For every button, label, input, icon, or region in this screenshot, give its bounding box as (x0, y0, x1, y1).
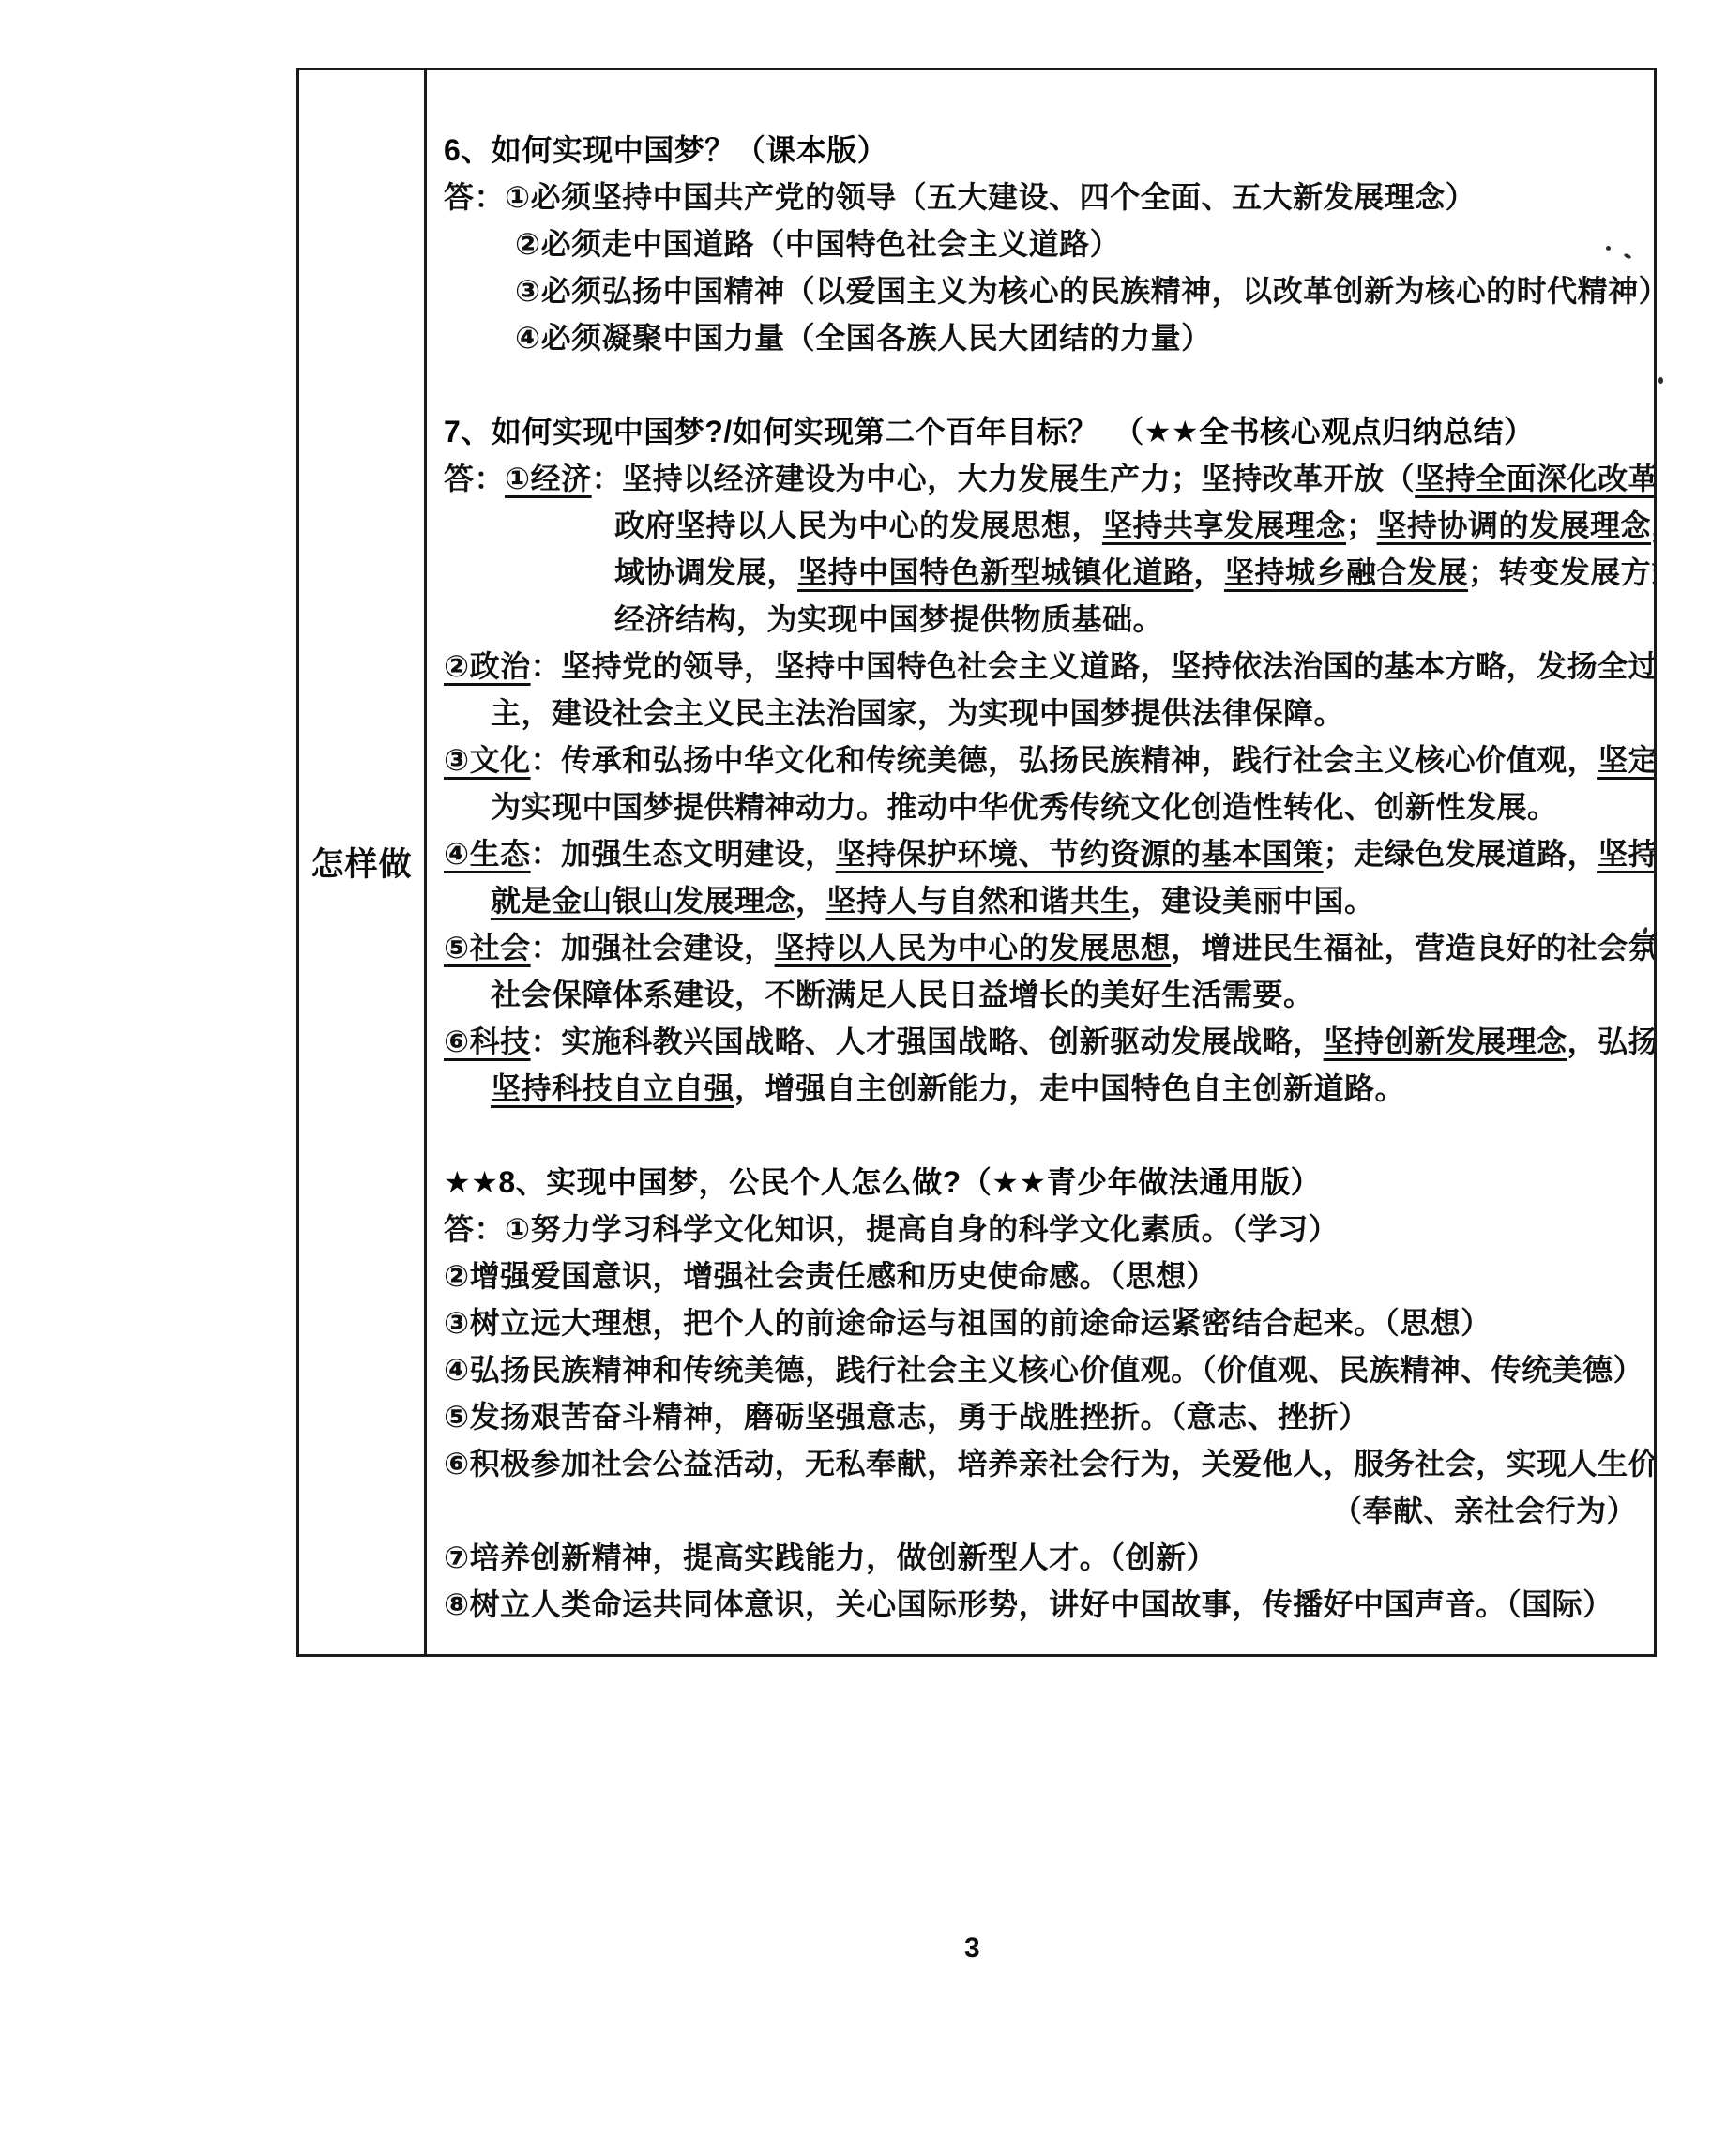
text-segment: 社会保障体系建设，不断满足人民日益增长的美好生活需要。 (491, 978, 1314, 1011)
text-line: 政府坚持以人民为中心的发展思想，坚持共享发展理念；坚持协调的发展理念，促进区 (444, 502, 1644, 549)
text-segment: ， (795, 884, 826, 918)
text-segment: ：实施科教兴国战略、人才强国战略、创新驱动发展战略， (531, 1025, 1324, 1058)
section-title: 6、如何实现中国梦？（课本版） (444, 127, 1644, 174)
text-line: ⑦培养创新精神，提高实践能力，做创新型人才。（创新） (444, 1534, 1644, 1581)
text-line: 坚持科技自立自强，增强自主创新能力，走中国特色自主创新道路。 (444, 1065, 1644, 1112)
text-segment: ；走绿色发展道路， (1324, 837, 1598, 871)
section-q7: 7、如何实现中国梦?/如何实现第二个百年目标？ （★★全书核心观点归纳总结）答：… (444, 408, 1644, 1112)
underlined-phrase: 坚持以人民为中心的发展思想 (775, 931, 1172, 964)
underlined-phrase: 坚持保护环境、节约资源的基本国策 (836, 837, 1324, 871)
text-line: ④生态：加强生态文明建设，坚持保护环境、节约资源的基本国策；走绿色发展道路，坚持… (444, 830, 1644, 877)
text-segment: ⑦培养创新精神，提高实践能力，做创新型人才。（创新） (444, 1541, 1217, 1574)
underlined-phrase: 坚定文化自信 (1597, 743, 1654, 777)
text-line: 答：①经济：坚持以经济建设为中心，大力发展生产力；坚持改革开放（坚持全面深化改革… (444, 455, 1644, 502)
underlined-phrase: 坚持协调的发展理念 (1377, 509, 1652, 542)
section-q6: 6、如何实现中国梦？（课本版）答：①必须坚持中国共产党的领导（五大建设、四个全面… (444, 127, 1644, 361)
text-segment: 域协调发展， (614, 555, 797, 589)
text-segment: ，增进民生福祉，营造良好的社会氛围，加强 (1171, 931, 1654, 964)
text-segment: ②必须走中国道路（中国特色社会主义道路） (515, 227, 1120, 261)
underlined-phrase: 坚持创新发展理念 (1324, 1025, 1567, 1058)
text-line: ⑧树立人类命运共同体意识，关心国际形势，讲好中国故事，传播好中国声音。（国际） (444, 1581, 1644, 1628)
text-line: ⑥科技：实施科教兴国战略、人才强国战略、创新驱动发展战略，坚持创新发展理念，弘扬… (444, 1018, 1644, 1065)
text-line: ⑤社会：加强社会建设，坚持以人民为中心的发展思想，增进民生福祉，营造良好的社会氛… (444, 924, 1644, 971)
text-line: ②增强爱国意识，增强社会责任感和历史使命感。（思想） (444, 1253, 1644, 1299)
section-title: 7、如何实现中国梦?/如何实现第二个百年目标？ （★★全书核心观点归纳总结） (444, 408, 1644, 455)
text-segment: ④弘扬民族精神和传统美德，践行社会主义核心价值观。（价值观、民族精神、传统美德） (444, 1353, 1643, 1387)
text-line: 答：①必须坚持中国共产党的领导（五大建设、四个全面、五大新发展理念） (444, 174, 1644, 220)
text-line: ②必须走中国道路（中国特色社会主义道路） (444, 220, 1644, 267)
text-segment: 经济结构，为实现中国梦提供物质基础。 (614, 602, 1163, 636)
text-segment: ③树立远大理想，把个人的前途命运与祖国的前途命运紧密结合起来。（思想） (444, 1306, 1491, 1340)
underlined-phrase: ②政治 (444, 649, 531, 683)
text-segment: ，促进区 (1651, 509, 1654, 542)
text-segment: ：加强社会建设， (531, 931, 775, 964)
text-line: ③文化：传承和弘扬中华文化和传统美德，弘扬民族精神，践行社会主义核心价值观，坚定… (444, 736, 1644, 783)
text-segment: ：加强生态文明建设， (531, 837, 836, 871)
text-segment: 答： (444, 462, 505, 495)
underlined-phrase: 坚持中国特色新型城镇化道路 (797, 555, 1194, 589)
text-segment: ，增强自主创新能力，走中国特色自主创新道路。 (734, 1071, 1405, 1105)
text-segment: 答：①必须坚持中国共产党的领导（五大建设、四个全面、五大新发展理念） (444, 180, 1476, 214)
underlined-phrase: ⑥科技 (444, 1025, 531, 1058)
underlined-phrase: 坚持城乡融合发展 (1224, 555, 1468, 589)
text-line: ②政治：坚持党的领导，坚持中国特色社会主义道路，坚持依法治国的基本方略，发扬全过… (444, 643, 1644, 690)
underlined-phrase: 坚持绿水青山 (1597, 837, 1654, 871)
underlined-phrase: ③文化 (444, 743, 531, 777)
text-segment: 答：①努力学习科学文化知识，提高自身的科学文化素质。（学习） (444, 1212, 1339, 1246)
text-segment: ：传承和弘扬中华文化和传统美德，弘扬民族精神，践行社会主义核心价值观， (531, 743, 1598, 777)
text-line: 经济结构，为实现中国梦提供物质基础。 (444, 596, 1644, 643)
text-segment: ④必须凝聚中国力量（全国各族人民大团结的力量） (515, 321, 1212, 355)
text-segment: （奉献、亲社会行为） (1332, 1494, 1637, 1527)
row-header-label: 怎样做 (310, 839, 412, 886)
row-header-cell: 怎样做 (299, 70, 427, 1654)
text-line: ③必须弘扬中国精神（以爱国主义为核心的民族精神，以改革创新为核心的时代精神） (444, 267, 1644, 314)
text-segment: 为实现中国梦提供精神动力。推动中华优秀传统文化创造性转化、创新性发展。 (491, 790, 1558, 824)
page-number: 3 (964, 1933, 980, 1965)
text-line: 答：①努力学习科学文化知识，提高自身的科学文化素质。（学习） (444, 1206, 1644, 1253)
underlined-phrase: ④生态 (444, 837, 531, 871)
scan-speck (1606, 246, 1611, 251)
text-segment: ：坚持以经济建设为中心，大力发展生产力；坚持改革开放（ (592, 462, 1416, 495)
text-segment: ； (1346, 509, 1377, 542)
text-line: 域协调发展，坚持中国特色新型城镇化道路，坚持城乡融合发展；转变发展方式，优化 (444, 549, 1644, 596)
underlined-phrase: 坚持共享发展理念 (1102, 509, 1346, 542)
section-title: ★★8、实现中国梦，公民个人怎么做?（★★青少年做法通用版） (444, 1159, 1644, 1206)
underlined-phrase: 坚持科技自立自强 (491, 1071, 734, 1105)
underlined-phrase: ⑤社会 (444, 931, 531, 964)
text-segment: ③必须弘扬中国精神（以爱国主义为核心的民族精神，以改革创新为核心的时代精神） (515, 274, 1654, 308)
text-segment: ；转变发展方式，优化 (1468, 555, 1654, 589)
text-line: 就是金山银山发展理念，坚持人与自然和谐共生，建设美丽中国。 (444, 877, 1644, 924)
text-line: 社会保障体系建设，不断满足人民日益增长的美好生活需要。 (444, 971, 1644, 1018)
notes-content-cell: 6、如何实现中国梦？（课本版）答：①必须坚持中国共产党的领导（五大建设、四个全面… (427, 70, 1654, 1654)
scan-speck (1658, 377, 1663, 384)
text-line: （奉献、亲社会行为） (444, 1487, 1644, 1534)
text-segment: ，弘扬创新精神， (1567, 1025, 1654, 1058)
underlined-phrase: 就是金山银山发展理念 (491, 884, 795, 918)
text-segment: ②增强爱国意识，增强社会责任感和历史使命感。（思想） (444, 1259, 1217, 1293)
text-segment: ⑥积极参加社会公益活动，无私奉献，培养亲社会行为，关爱他人，服务社会，实现人生价… (444, 1447, 1654, 1480)
section-q8: ★★8、实现中国梦，公民个人怎么做?（★★青少年做法通用版）答：①努力学习科学文… (444, 1159, 1644, 1628)
text-line: ④弘扬民族精神和传统美德，践行社会主义核心价值观。（价值观、民族精神、传统美德） (444, 1346, 1644, 1393)
text-line: ⑥积极参加社会公益活动，无私奉献，培养亲社会行为，关爱他人，服务社会，实现人生价… (444, 1440, 1644, 1487)
underlined-phrase: ①经济 (505, 462, 592, 495)
text-line: 主，建设社会主义民主法治国家，为实现中国梦提供法律保障。 (444, 690, 1644, 736)
notes-table: 怎样做 6、如何实现中国梦？（课本版）答：①必须坚持中国共产党的领导（五大建设、… (296, 68, 1657, 1657)
text-segment: ⑤发扬艰苦奋斗精神，磨砺坚强意志，勇于战胜挫折。（意志、挫折） (444, 1400, 1370, 1434)
text-segment: ⑧树立人类命运共同体意识，关心国际形势，讲好中国故事，传播好中国声音。（国际） (444, 1587, 1613, 1621)
text-segment: ：坚持党的领导，坚持中国特色社会主义道路，坚持依法治国的基本方略，发扬全过程人民… (531, 649, 1654, 683)
text-segment: 主，建设社会主义民主法治国家，为实现中国梦提供法律保障。 (491, 696, 1344, 730)
document-page: 怎样做 6、如何实现中国梦？（课本版）答：①必须坚持中国共产党的领导（五大建设、… (0, 0, 1711, 2156)
underlined-phrase: 坚持全面深化改革 (1415, 462, 1654, 495)
text-segment: 政府坚持以人民为中心的发展思想， (614, 509, 1102, 542)
text-segment: ， (1194, 555, 1225, 589)
text-line: ⑤发扬艰苦奋斗精神，磨砺坚强意志，勇于战胜挫折。（意志、挫折） (444, 1393, 1644, 1440)
text-line: ③树立远大理想，把个人的前途命运与祖国的前途命运紧密结合起来。（思想） (444, 1299, 1644, 1346)
text-line: 为实现中国梦提供精神动力。推动中华优秀传统文化创造性转化、创新性发展。 (444, 783, 1644, 830)
text-line: ④必须凝聚中国力量（全国各族人民大团结的力量） (444, 314, 1644, 361)
text-segment: ，建设美丽中国。 (1131, 884, 1375, 918)
underlined-phrase: 坚持人与自然和谐共生 (826, 884, 1131, 918)
